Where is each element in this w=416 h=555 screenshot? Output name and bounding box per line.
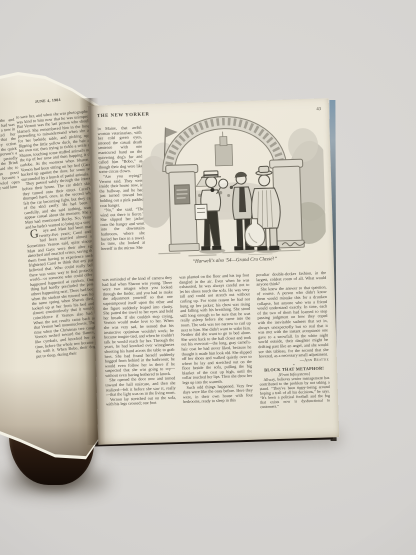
left-page-text: JUNE 4, 1984 ed ring the and tand Since … xyxy=(0,88,100,464)
cartoon-illustration xyxy=(140,109,326,259)
story-paragraph: “Are you crying?” Vernon said. They were… xyxy=(99,173,144,208)
text-column-2: was planted on the floor and his top foo… xyxy=(179,273,254,435)
story-paragraph: She knew the answer to that question, of… xyxy=(257,285,329,359)
story-columns: was reminded of the kind of camera they … xyxy=(102,270,333,437)
story-paragraph: was planted on the floor and his top foo… xyxy=(179,273,252,385)
text-column-1: was reminded of the kind of camera they … xyxy=(102,275,177,437)
story-paragraph: Gaye and Matt had been married for twent… xyxy=(26,223,100,359)
filler-body: Allway, believes senior management has c… xyxy=(259,375,330,409)
left-page: JUNE 4, 1984 ed ring the and tand Since … xyxy=(0,72,100,464)
story-paragraph: “No,” she said. “The wind out there is f… xyxy=(100,207,145,252)
story-paragraph: was reminded of the kind of camera they … xyxy=(102,275,175,378)
drop-cap: G xyxy=(26,229,40,240)
story-paragraph: in Maine, that awful woman veterinarian,… xyxy=(97,125,142,174)
story-paragraph: Such odd things happened. Very few days … xyxy=(183,383,254,404)
story-paragraph: Vernon lay stretched out on the sofa, wi… xyxy=(106,395,176,407)
right-page: 43 THE NEW YORKER in Maine, that awful w… xyxy=(88,98,340,444)
text-column-3: peculiar double-decker fashion, in the l… xyxy=(256,270,331,432)
intro-column: in Maine, that awful woman veterinarian,… xyxy=(97,125,146,276)
magazine-photo: JUNE 4, 1984 ed ring the and tand Since … xyxy=(0,0,416,555)
garden-show-cartoon xyxy=(140,109,326,259)
story-paragraph: She opened the door now and turned towar… xyxy=(105,376,176,397)
story-paragraph: They passed safely through the intersect… xyxy=(22,175,100,229)
